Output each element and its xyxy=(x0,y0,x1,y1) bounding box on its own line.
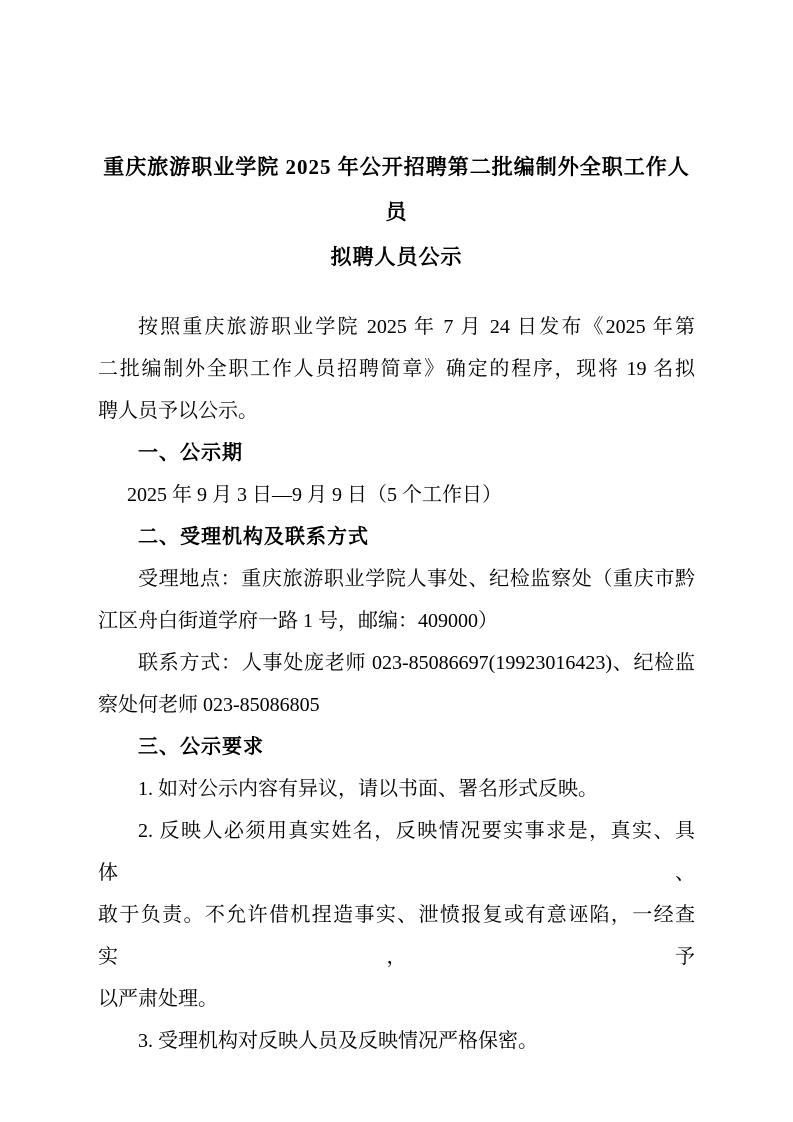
section-heading-contact: 二、受理机构及联系方式 xyxy=(98,516,695,558)
document-body: 按照重庆旅游职业学院 2025 年 7 月 24 日发布《2025 年第 二批编… xyxy=(98,306,695,1062)
document-page: 重庆旅游职业学院 2025 年公开招聘第二批编制外全职工作人员 拟聘人员公示 按… xyxy=(0,0,793,1122)
doc-line: 按照重庆旅游职业学院 2025 年 7 月 24 日发布《2025 年第 xyxy=(98,306,695,348)
section-heading-requirements: 三、公示要求 xyxy=(98,726,695,768)
title-line: 拟聘人员公示 xyxy=(98,235,695,280)
section-heading-publicity-period: 一、公示期 xyxy=(98,432,695,474)
doc-line: 二批编制外全职工作人员招聘简章》确定的程序，现将 19 名拟 xyxy=(98,348,695,390)
doc-line-requirement-1: 1. 如对公示内容有异议，请以书面、署名形式反映。 xyxy=(98,768,695,810)
doc-line-requirement-2: 2. 反映人必须用真实姓名，反映情况要实事求是，真实、具体、 xyxy=(98,810,695,894)
doc-line: 聘人员予以公示。 xyxy=(98,390,695,432)
doc-line-contact: 察处何老师 023-85086805 xyxy=(98,684,695,726)
title-line: 重庆旅游职业学院 2025 年公开招聘第二批编制外全职工作人员 xyxy=(98,145,695,235)
doc-line-requirement-3: 3. 受理机构对反映人员及反映情况严格保密。 xyxy=(98,1020,695,1062)
doc-line-address: 江区舟白街道学府一路 1 号，邮编：409000） xyxy=(98,600,695,642)
doc-line-requirement-2: 敢于负责。不允许借机捏造事实、泄愤报复或有意诬陷，一经查实，予 xyxy=(98,894,695,978)
doc-line-publicity-dates: 2025 年 9 月 3 日—9 月 9 日（5 个工作日） xyxy=(98,474,695,516)
doc-line-contact: 联系方式：人事处庞老师 023-85086697(19923016423)、纪检… xyxy=(98,642,695,684)
doc-line-address: 受理地点：重庆旅游职业学院人事处、纪检监察处（重庆市黔 xyxy=(98,558,695,600)
doc-line-requirement-2: 以严肃处理。 xyxy=(98,978,695,1020)
document-title: 重庆旅游职业学院 2025 年公开招聘第二批编制外全职工作人员 拟聘人员公示 xyxy=(98,145,695,280)
